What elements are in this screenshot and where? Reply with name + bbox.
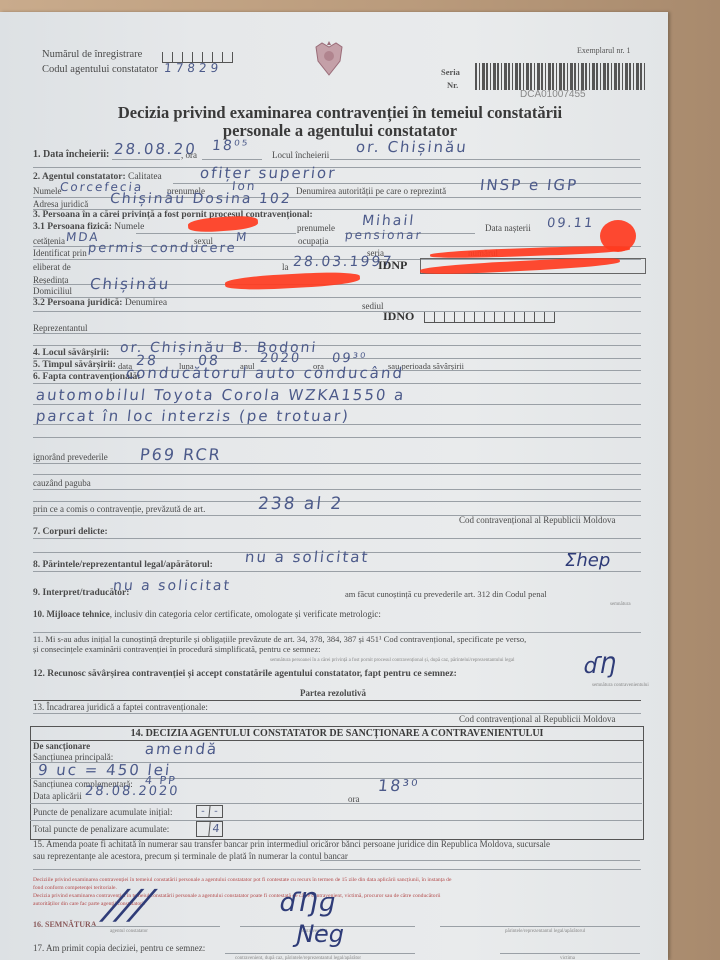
technical-means-label: 10. Mijloace tehnice [33,609,110,619]
legal-name-label: Denumirea [125,298,167,308]
identified-by-label: Identificat prin [33,248,87,258]
sanction-subheading: De sancționare [33,741,90,751]
sanction-header: 14. DECIZIA AGENTULUI CONSTATATOR DE SAN… [31,727,643,741]
redaction-address [225,270,361,291]
birth-date-label: Data nașterii [485,223,531,233]
registration-label: Numărul de înregistrare [42,49,142,60]
offense-line-2: automobilul Toyota Corola WZKA1550 a [35,386,406,404]
evidence-label: 7. Corpuri delicte: [33,527,108,537]
legal-rep-value: nu a solicitat [244,548,370,566]
authority-label: Denumirea autorității pe care o reprezin… [296,186,446,196]
representative-label: Reprezentantul [33,323,87,333]
coat-of-arms-icon [312,39,346,79]
sex: M [235,230,249,244]
agent-signature-caption: agentul constatator [110,929,148,934]
agent-code-value: 17829 [163,61,223,75]
initial-points-digit-2: - [209,806,222,817]
total-points-label: Total puncte de penalizare acumulate: [33,824,169,834]
person-section-label: 3. Persoana în a cărei privință a fost p… [33,210,313,220]
article-value: 238 al 2 [257,494,344,514]
time-label: , ora [181,150,197,160]
appeal-line-2: fond conform competenței teritoriale. [33,884,451,892]
authority-value: INSP e IGP [479,176,579,194]
code-label-2: Cod contravențional al Republicii Moldov… [459,714,615,724]
occupation: pensionar [344,228,423,242]
damage-label: cauzând paguba [33,478,91,488]
copy-number-label: Exemplarul nr. 1 [577,46,631,55]
article-label: prin ce a comis o contravenție, prevăzut… [33,504,205,514]
time-of-offense-label: 5. Timpul săvârșirii: [33,360,116,370]
acknowledge-signature-caption: semnătura contravenientului [592,683,649,688]
appeal-line-1: Deciziile privind examinarea contravenți… [33,876,451,884]
initial-points-digit-1: - [196,806,210,817]
ignoring-provisions-label: ignorând prevederile [33,452,108,462]
signature-12: ɗŊ [584,654,616,679]
person-surname-label: Numele [114,222,144,232]
nr-label: Nr. [447,80,458,90]
application-date: 28.08.2020 [84,784,180,799]
conclusion-place: or. Chișinău [355,138,469,156]
title-line-2: personale a agentului constatator [60,122,620,140]
seat-label: sediul [362,301,384,311]
total-points-digit-2: 4 [209,822,222,836]
technical-means-desc: , inclusiv din categoria celor certifica… [110,609,381,619]
victim-signature-caption: victima [560,956,575,960]
operative-part-heading: Partea rezolutivă [300,688,366,698]
copy-signature: Ɲeg [296,920,344,948]
signature-section-label: 16. SEMNĂTURA [33,920,97,929]
application-time: 18³⁰ [377,776,420,795]
place-label: Locul încheierii [272,150,329,160]
occupation-label: ocupația [298,236,329,246]
address-label: Adresa juridică [33,199,88,209]
rights-line-1: 11. Mi s-au adus inițial la cunoștință d… [33,634,526,644]
person-firstname-label: prenumele [297,223,335,233]
appeal-notice: Deciziile privind examinarea contravenți… [33,876,451,908]
legal-rep-label: 8. Părintele/reprezentantul legal/apărăt… [33,560,213,570]
rep-signature-caption: părintele/reprezentantul legal/apărătoru… [505,929,585,934]
offense-line-1: conducătorul auto conducând [125,364,405,382]
domicile: Chișinău [89,275,171,293]
agent-code-label: Codul agentului constatator [42,64,158,75]
interpreter-value: nu a solicitat [112,578,232,594]
identified-by: permis conducere [87,241,237,256]
acknowledge-label: 12. Recunosc săvârșirea contravenției și… [33,669,457,679]
agent-address: Chișinău Dosina 102 [109,191,292,207]
page-title: Decizia privind examinarea contravenției… [60,104,620,140]
document-page: Numărul de înregistrare Codul agentului … [0,12,668,960]
citizenship-label: cetățenia [33,236,65,246]
agent-surname-label: Numele [33,186,62,196]
offender-signature: ɗŊɡ [280,888,335,918]
ignoring-provisions: P69 RCR [139,445,223,464]
title-line-1: Decizia privind examinarea contravenției… [60,104,620,122]
copy-signature-caption: contravenient, după caz, părintele/repre… [235,956,361,960]
person-firstname: Mihail [361,213,416,229]
payment-line-1: 15. Amenda poate fi achitată în numerar … [33,838,550,850]
rights-notice: 11. Mi s-au adus inițial la cunoștință d… [33,634,526,654]
penal-code-note: am făcut cunoștință cu prevederile art. … [345,589,547,599]
date-label: 1. Data încheierii: [33,149,109,160]
initial-points-label: Puncte de penalizare acumulate inițial: [33,807,172,817]
total-points-boxes: 4 [196,821,223,837]
payment-notice: 15. Amenda poate fi achitată în numerar … [33,838,550,862]
code-label-1: Cod contravențional al Republicii Moldov… [459,515,615,525]
offense-line-3: parcat în loc interzis (pe trotuar) [35,407,351,425]
appeal-line-4: autorităților din care fac parte agenții… [33,900,451,908]
rights-line-2: și consecințele examinării contravenției… [33,644,526,654]
main-sanction: amendă [144,740,219,758]
idnp-label: IDNP [378,258,407,273]
rights-signature-caption: semnătura persoanei în a cărei privință … [270,658,515,663]
birth-date: 09.11 [546,216,595,231]
barcode-number: DCA01007455 [520,89,586,100]
issued-on-label: la [282,262,289,272]
signature-9: Ʃhep [565,550,610,571]
appeal-line-3: Decizia privind examinarea contravenției… [33,892,451,900]
idno-boxes [424,310,555,328]
legal-person-label: 3.2 Persoana juridică: [33,298,122,308]
copy-received-label: 17. Am primit copia deciziei, pentru ce … [33,943,205,953]
agent-rank: ofițer superior [199,164,337,182]
application-date-label: Data aplicării [33,791,82,801]
initial-points-boxes: - - [196,805,223,818]
idno-label: IDNO [383,309,414,324]
place-of-offense-label: 4. Locul săvârșirii: [33,348,109,358]
signature-caption-9: semnătura [610,602,631,607]
barcode [475,63,647,90]
conclusion-time: 18⁰⁵ [211,138,250,154]
domicile-label: Domiciliul [33,286,72,296]
issued-by-label: eliberat de [33,262,71,272]
seria-label: Seria [441,67,460,77]
legal-classification-label: 13. Încadrarea juridică a faptei contrav… [33,702,208,712]
